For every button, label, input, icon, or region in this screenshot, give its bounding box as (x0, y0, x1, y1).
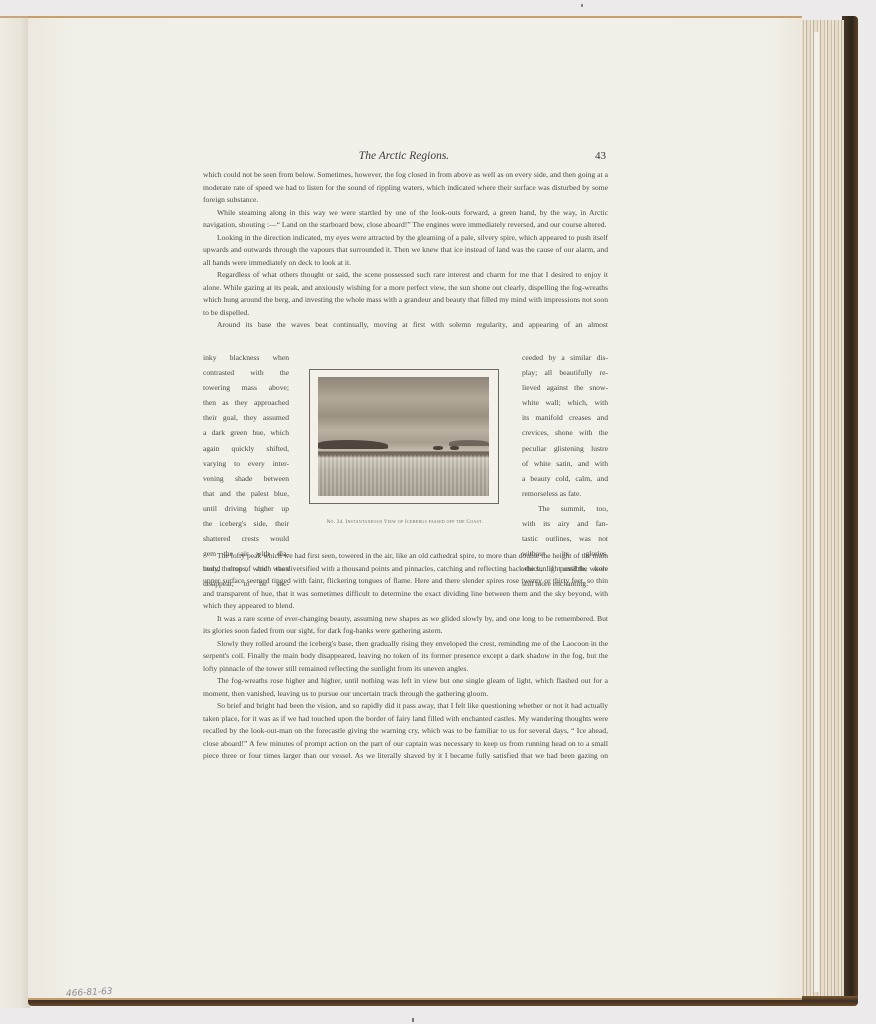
column-line: with its airy and fan- (522, 516, 608, 531)
column-line: tastic outlines, was not (522, 531, 608, 546)
paragraph: The lofty peak which we had first seen, … (203, 550, 608, 613)
column-line: contrasted with the (203, 365, 289, 380)
running-head-title: The Arctic Regions. (200, 150, 608, 162)
plate-caption: No. 34. Instantaneous View of Icebergs p… (300, 519, 510, 525)
page-block-edges (800, 20, 844, 996)
sea-surface (318, 455, 489, 496)
column-line: a beauty cold, calm, and (522, 471, 608, 486)
column-line: The summit, too, (522, 501, 608, 516)
column-line: their goal, they assumed (203, 410, 289, 425)
column-line: vening shade between (203, 471, 289, 486)
column-line: peculiar glistening lustre (522, 441, 608, 456)
scan-mark (581, 4, 583, 7)
paragraph: So brief and bright had been the vision,… (203, 700, 608, 763)
iceberg (433, 446, 443, 450)
paragraph: The fog-wreaths rose higher and higher, … (203, 675, 608, 700)
column-line: of white satin, and with (522, 456, 608, 471)
paragraph: It was a rare scene of ever-changing bea… (203, 613, 608, 638)
scan-mark (412, 1018, 414, 1022)
column-line: inky blackness when (203, 350, 289, 365)
column-line: until driving higher up (203, 501, 289, 516)
coastline-left (318, 440, 388, 449)
paragraph: Around its base the waves beat continual… (203, 319, 608, 332)
column-line: white wall; which, with (522, 395, 608, 410)
iceberg (450, 446, 459, 450)
column-line: again quickly shifted, (203, 441, 289, 456)
previous-page-edge (0, 16, 30, 1008)
column-line: towering mass above; (203, 380, 289, 395)
column-line: varying to every inter- (203, 456, 289, 471)
column-line: a dark green hue, which (203, 425, 289, 440)
column-line: play; all beautifully re- (522, 365, 608, 380)
paragraph: Regardless of what others thought or sai… (203, 269, 608, 319)
paragraph: Slowly they rolled around the iceberg's … (203, 638, 608, 676)
column-line: that and the palest blue, (203, 486, 289, 501)
column-line: then as they approached (203, 395, 289, 410)
page-number: 43 (595, 150, 606, 162)
running-head: The Arctic Regions. 43 (200, 150, 608, 166)
column-line: remorseless as fate. (522, 486, 608, 501)
column-line: ceeded by a similar dis- (522, 350, 608, 365)
column-line: lieved against the snow- (522, 380, 608, 395)
paragraph: Looking in the direction indicated, my e… (203, 232, 608, 270)
page-gap (814, 32, 819, 992)
paragraph: which could not be seen from below. Some… (203, 169, 608, 207)
column-line: the iceberg's side, their (203, 516, 289, 531)
column-line: its manifold creases and (522, 410, 608, 425)
paragraph: While steaming along in this way we were… (203, 207, 608, 232)
column-line: shattered crests would (203, 531, 289, 546)
column-line: crevices, shone with the (522, 425, 608, 440)
text-block-top: which could not be seen from below. Some… (203, 169, 608, 332)
book-cover-right-edge (842, 16, 858, 1006)
iceberg-photograph (318, 377, 489, 496)
text-block-bottom: The lofty peak which we had first seen, … (203, 550, 608, 763)
